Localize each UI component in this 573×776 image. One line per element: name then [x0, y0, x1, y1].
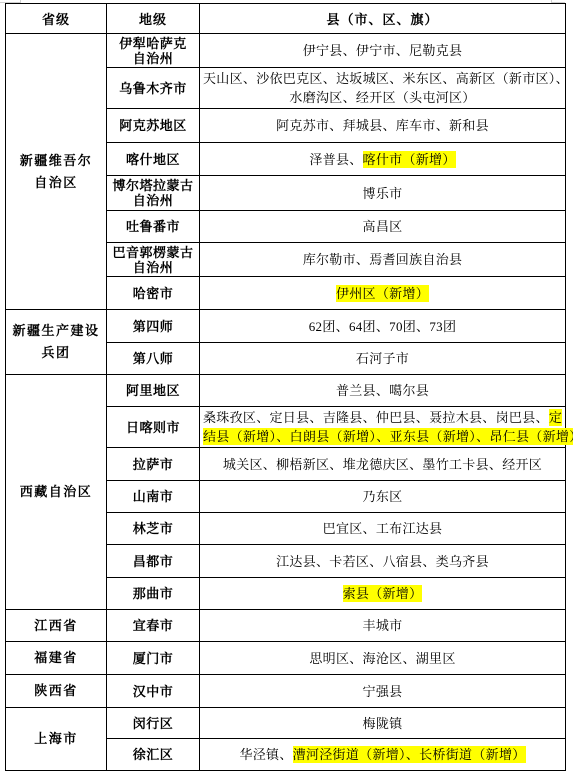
prefecture-cell: 厦门市	[107, 642, 200, 675]
prefecture-name-line: 闵行区	[110, 716, 196, 731]
prefecture-cell: 博尔塔拉蒙古 自治州	[107, 176, 200, 211]
county-cell: 江达县、卡若区、八宿县、类乌齐县	[200, 545, 566, 578]
prefecture-name-line: 厦门市	[110, 651, 196, 666]
county-line: 水磨沟区、经开区（头屯河区）	[203, 88, 562, 107]
county-segment: 宁强县	[363, 684, 403, 699]
prefecture-cell: 阿里地区	[107, 375, 200, 407]
header-county: 县（市、区、旗）	[200, 4, 566, 34]
province-name-line: 兵团	[9, 342, 103, 364]
prefecture-cell: 宜春市	[107, 610, 200, 642]
prefecture-cell: 徐汇区	[107, 739, 200, 771]
table-row: 陕西省 汉中市 宁强县	[6, 675, 566, 708]
county-line: 石河子市	[203, 349, 562, 368]
county-segment: 博乐市	[363, 186, 403, 201]
county-line: 天山区、沙依巴克区、达坂城区、米东区、高新区（新市区）、	[203, 69, 562, 88]
county-segment: 江达县、卡若区、八宿县、类乌齐县	[276, 554, 489, 569]
prefecture-name-line: 自治州	[110, 51, 196, 66]
prefecture-cell: 吐鲁番市	[107, 211, 200, 243]
table-row: 上海市 闵行区 梅陇镇	[6, 708, 566, 739]
prefecture-cell: 汉中市	[107, 675, 200, 708]
county-segment-new: 伊州区（新增）	[336, 285, 429, 302]
province-name-line: 新疆生产建设	[9, 320, 103, 342]
county-cell: 宁强县	[200, 675, 566, 708]
county-segment: 高昌区	[363, 219, 403, 234]
county-cell: 普兰县、噶尔县	[200, 375, 566, 407]
county-segment: 梅陇镇	[363, 716, 403, 731]
county-segment: 石河子市	[356, 351, 409, 366]
county-segment: 华泾镇、	[239, 747, 292, 762]
county-cell: 巴宜区、工布江达县	[200, 513, 566, 545]
province-name-line: 新疆维吾尔	[9, 150, 103, 172]
prefecture-cell: 第四师	[107, 310, 200, 343]
prefecture-cell: 林芝市	[107, 513, 200, 545]
county-line: 伊州区（新增）	[203, 284, 562, 303]
county-segment: 库尔勒市、焉耆回族自治县	[303, 252, 463, 267]
header-prefecture: 地级	[107, 4, 200, 34]
province-cell: 新疆维吾尔 自治区	[6, 34, 107, 310]
county-segment: 62团、64团、70团、73团	[309, 319, 457, 334]
table-row: 西藏自治区 阿里地区 普兰县、噶尔县	[6, 375, 566, 407]
county-cell: 华泾镇、漕河泾街道（新增）、长桥街道（新增）	[200, 739, 566, 771]
prefecture-cell: 哈密市	[107, 277, 200, 310]
county-segment: 城关区、柳梧新区、堆龙德庆区、墨竹工卡县、经开区	[223, 457, 542, 472]
prefecture-name-line: 日喀则市	[110, 420, 196, 435]
county-line: 宁强县	[203, 682, 562, 701]
county-segment: 巴宜区、工布江达县	[323, 521, 443, 536]
prefecture-name-line: 第四师	[110, 319, 196, 334]
county-cell: 桑珠孜区、定日县、吉隆县、仲巴县、聂拉木县、岗巴县、定 结县（新增）、白朗县（新…	[200, 407, 566, 448]
county-segment-new: 喀什市（新增）	[363, 151, 456, 168]
county-cell: 泽普县、喀什市（新增）	[200, 143, 566, 176]
county-cell: 梅陇镇	[200, 708, 566, 739]
table-row: 江西省 宜春市 丰城市	[6, 610, 566, 642]
prefecture-cell: 第八师	[107, 343, 200, 375]
county-cell: 库尔勒市、焉耆回族自治县	[200, 243, 566, 277]
county-cell: 博乐市	[200, 176, 566, 211]
county-cell: 62团、64团、70团、73团	[200, 310, 566, 343]
prefecture-cell: 喀什地区	[107, 143, 200, 176]
county-segment: 天山区、沙依巴克区、达坂城区、米东区、高新区（新市区）、	[203, 71, 569, 86]
prefecture-name-line: 喀什地区	[110, 152, 196, 167]
table-row: 新疆维吾尔 自治区 伊犁哈萨克 自治州 伊宁县、伊宁市、尼勒克县	[6, 34, 566, 68]
county-line: 思明区、海沧区、湖里区	[203, 649, 562, 668]
county-line: 乃东区	[203, 487, 562, 506]
prefecture-cell: 闵行区	[107, 708, 200, 739]
county-segment: 普兰县、噶尔县	[336, 383, 429, 398]
prefecture-name-line: 徐汇区	[110, 747, 196, 762]
county-cell: 城关区、柳梧新区、堆龙德庆区、墨竹工卡县、经开区	[200, 448, 566, 481]
county-line: 阿克苏市、拜城县、库车市、新和县	[203, 116, 562, 135]
prefecture-cell: 昌都市	[107, 545, 200, 578]
county-line: 高昌区	[203, 217, 562, 236]
table-row: 福建省 厦门市 思明区、海沧区、湖里区	[6, 642, 566, 675]
prefecture-name-line: 博尔塔拉蒙古	[110, 178, 196, 193]
prefecture-name-line: 第八师	[110, 351, 196, 366]
county-segment: 水磨沟区、经开区（头屯河区）	[289, 90, 475, 105]
county-segment: 丰城市	[363, 618, 403, 633]
county-segment-new: 结县（新增）、白朗县（新增）、亚东县（新增）、昂仁县（新增）	[203, 428, 573, 445]
county-cell: 思明区、海沧区、湖里区	[200, 642, 566, 675]
county-cell: 索县（新增）	[200, 578, 566, 610]
province-cell: 陕西省	[6, 675, 107, 708]
province-name-line: 自治区	[9, 172, 103, 194]
header-province: 省级	[6, 4, 107, 34]
county-line: 索县（新增）	[203, 584, 562, 603]
county-segment-new: 漕河泾街道（新增）、长桥街道（新增）	[293, 746, 526, 763]
prefecture-cell: 拉萨市	[107, 448, 200, 481]
county-segment: 桑珠孜区、定日县、吉隆县、仲巴县、聂拉木县、岗巴县、	[203, 410, 549, 425]
prefecture-cell: 阿克苏地区	[107, 109, 200, 143]
county-cell: 伊宁县、伊宁市、尼勒克县	[200, 34, 566, 68]
province-name-line: 陕西省	[9, 680, 103, 702]
prefecture-name-line: 山南市	[110, 489, 196, 504]
table-header-row: 省级 地级 县（市、区、旗）	[6, 4, 566, 34]
table-row: 新疆生产建设 兵团 第四师 62团、64团、70团、73团	[6, 310, 566, 343]
prefecture-cell: 伊犁哈萨克 自治州	[107, 34, 200, 68]
county-segment-new: 定	[549, 409, 562, 426]
county-line: 泽普县、喀什市（新增）	[203, 150, 562, 169]
county-line: 城关区、柳梧新区、堆龙德庆区、墨竹工卡县、经开区	[203, 455, 562, 474]
county-cell: 乃东区	[200, 481, 566, 513]
prefecture-name-line: 阿克苏地区	[110, 118, 196, 133]
county-segment: 泽普县、	[309, 152, 362, 167]
prefecture-name-line: 汉中市	[110, 684, 196, 699]
county-line: 丰城市	[203, 616, 562, 635]
county-line: 普兰县、噶尔县	[203, 381, 562, 400]
county-cell: 阿克苏市、拜城县、库车市、新和县	[200, 109, 566, 143]
province-cell: 上海市	[6, 708, 107, 771]
province-cell: 福建省	[6, 642, 107, 675]
prefecture-name-line: 昌都市	[110, 554, 196, 569]
prefecture-cell: 乌鲁木齐市	[107, 68, 200, 109]
province-name-line: 江西省	[9, 615, 103, 637]
county-line: 伊宁县、伊宁市、尼勒克县	[203, 41, 562, 60]
prefecture-name-line: 自治州	[110, 193, 196, 208]
county-cell: 高昌区	[200, 211, 566, 243]
county-cell: 石河子市	[200, 343, 566, 375]
county-cell: 伊州区（新增）	[200, 277, 566, 310]
county-segment: 乃东区	[363, 489, 403, 504]
prefecture-name-line: 乌鲁木齐市	[110, 81, 196, 96]
county-segment: 阿克苏市、拜城县、库车市、新和县	[276, 118, 489, 133]
county-segment-new: 索县（新增）	[343, 585, 423, 602]
province-cell: 新疆生产建设 兵团	[6, 310, 107, 375]
county-segment: 伊宁县、伊宁市、尼勒克县	[303, 43, 463, 58]
prefecture-name-line: 那曲市	[110, 586, 196, 601]
county-line: 桑珠孜区、定日县、吉隆县、仲巴县、聂拉木县、岗巴县、定	[203, 408, 562, 427]
county-cell: 丰城市	[200, 610, 566, 642]
county-line: 梅陇镇	[203, 714, 562, 733]
county-line: 江达县、卡若区、八宿县、类乌齐县	[203, 552, 562, 571]
prefecture-name-line: 林芝市	[110, 521, 196, 536]
county-cell: 天山区、沙依巴克区、达坂城区、米东区、高新区（新市区）、 水磨沟区、经开区（头屯…	[200, 68, 566, 109]
prefecture-cell: 日喀则市	[107, 407, 200, 448]
province-name-line: 西藏自治区	[9, 481, 103, 503]
prefecture-cell: 山南市	[107, 481, 200, 513]
province-cell: 江西省	[6, 610, 107, 642]
county-line: 结县（新增）、白朗县（新增）、亚东县（新增）、昂仁县（新增）	[203, 427, 562, 446]
county-line: 库尔勒市、焉耆回族自治县	[203, 250, 562, 269]
prefecture-name-line: 自治州	[110, 260, 196, 275]
county-line: 华泾镇、漕河泾街道（新增）、长桥街道（新增）	[203, 745, 562, 764]
prefecture-name-line: 拉萨市	[110, 457, 196, 472]
province-name-line: 上海市	[9, 728, 103, 750]
prefecture-cell: 那曲市	[107, 578, 200, 610]
county-line: 62团、64团、70团、73团	[203, 317, 562, 336]
prefecture-name-line: 吐鲁番市	[110, 219, 196, 234]
prefecture-name-line: 哈密市	[110, 286, 196, 301]
prefecture-cell: 巴音郭楞蒙古 自治州	[107, 243, 200, 277]
county-line: 博乐市	[203, 184, 562, 203]
prefecture-name-line: 伊犁哈萨克	[110, 36, 196, 51]
province-cell: 西藏自治区	[6, 375, 107, 610]
prefecture-name-line: 巴音郭楞蒙古	[110, 245, 196, 260]
region-table: 省级 地级 县（市、区、旗） 新疆维吾尔 自治区 伊犁哈萨克 自治州 伊宁县、伊…	[5, 3, 566, 771]
county-segment: 思明区、海沧区、湖里区	[309, 651, 455, 666]
prefecture-name-line: 阿里地区	[110, 383, 196, 398]
prefecture-name-line: 宜春市	[110, 618, 196, 633]
county-line: 巴宜区、工布江达县	[203, 519, 562, 538]
province-name-line: 福建省	[9, 647, 103, 669]
